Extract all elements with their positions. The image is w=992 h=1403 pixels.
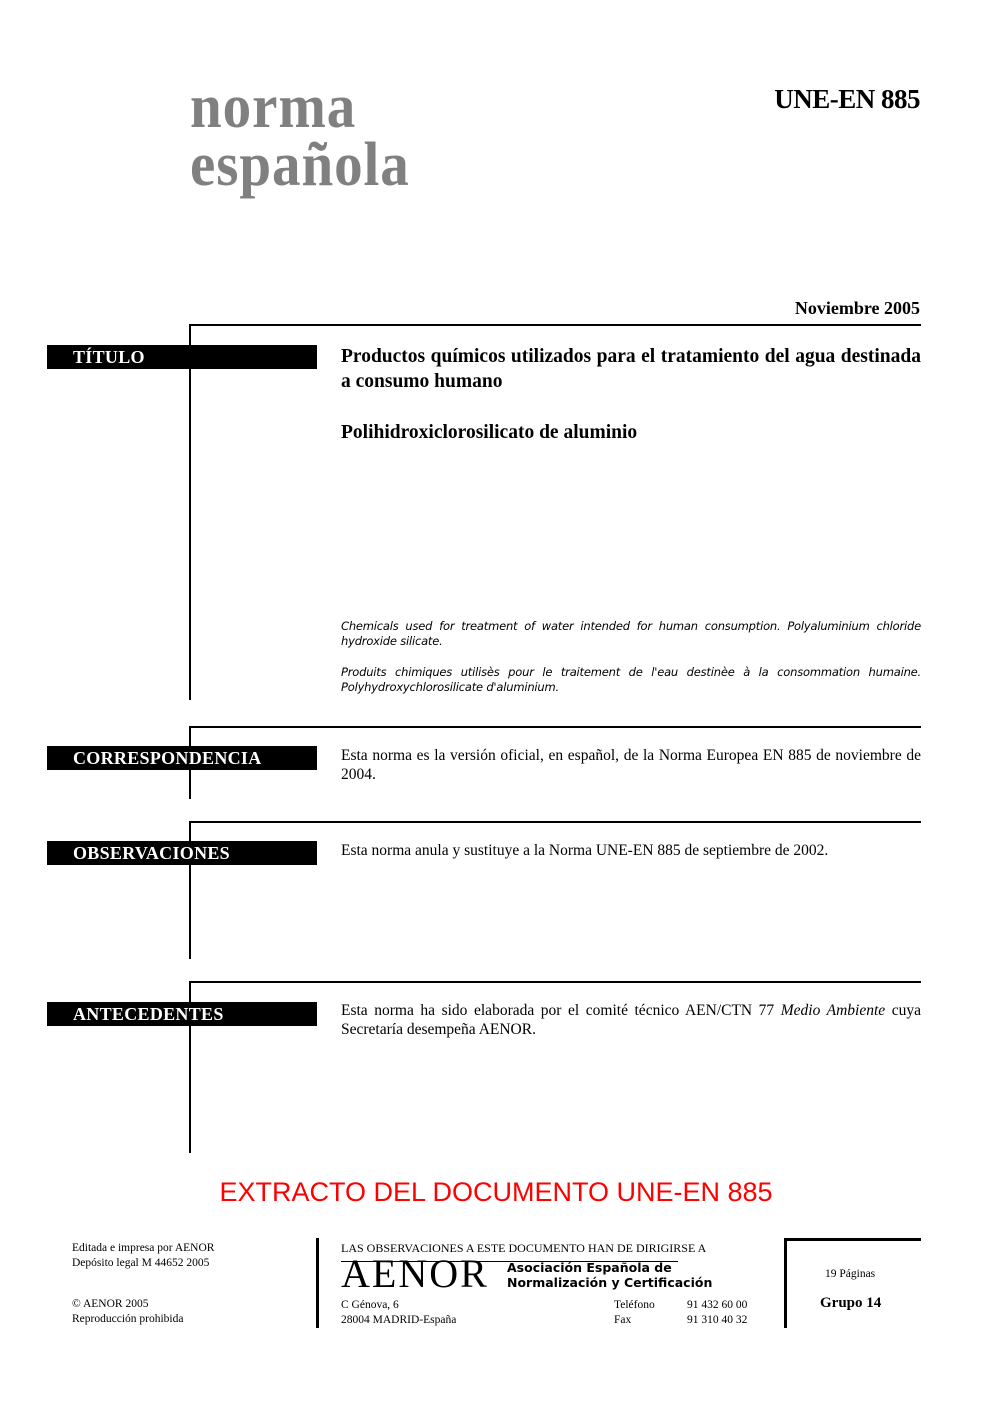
observaciones-text: Esta norma anula y sustituye a la Norma … xyxy=(341,841,921,860)
extract-notice: EXTRACTO DEL DOCUMENTO UNE-EN 885 xyxy=(0,1177,992,1208)
section-rule-titulo xyxy=(189,324,191,700)
label-correspondencia: CORRESPONDENCIA xyxy=(47,746,317,770)
title-french: Produits chimiques utilisès pour le trai… xyxy=(341,665,921,695)
document-subtitle: Polihidroxiclorosilicato de aluminio xyxy=(341,420,637,445)
label-antecedentes-text: ANTECEDENTES xyxy=(73,1004,224,1024)
aenor-full-name: Asociación Española de Normalización y C… xyxy=(507,1260,712,1290)
brand-line-1: norma xyxy=(190,78,410,136)
pages-box-top-rule xyxy=(785,1238,921,1241)
section-divider-titulo xyxy=(190,324,921,326)
antecedentes-text-a: Esta norma ha sido elaborada por el comi… xyxy=(341,1002,781,1019)
footer-address: C Génova, 6 28004 MADRID-España xyxy=(341,1298,456,1328)
label-titulo-text: TÍTULO xyxy=(73,347,145,367)
phone-number: 91 432 60 00 xyxy=(687,1298,747,1313)
label-observaciones: OBSERVACIONES xyxy=(47,841,317,865)
org-line-2: Normalización y Certificación xyxy=(507,1275,712,1290)
footer-divider-left xyxy=(316,1238,319,1328)
label-titulo: TÍTULO xyxy=(47,345,317,369)
section-divider-antecedentes xyxy=(190,981,921,983)
street-address: C Génova, 6 xyxy=(341,1298,456,1313)
title-english: Chemicals used for treatment of water in… xyxy=(341,619,921,649)
correspondencia-text: Esta norma es la versión oficial, en esp… xyxy=(341,746,921,784)
document-title: Productos químicos utilizados para el tr… xyxy=(341,344,921,394)
reproduction-notice: Reproducción prohibida xyxy=(72,1312,183,1327)
brand-title: norma española xyxy=(190,78,410,194)
footer-contact-labels: Teléfono Fax xyxy=(614,1298,655,1328)
footer-copyright: © AENOR 2005 Reproducción prohibida xyxy=(72,1297,183,1327)
label-observaciones-text: OBSERVACIONES xyxy=(73,843,230,863)
committee-name: Medio Ambiente xyxy=(781,1002,885,1019)
footer-contact-values: 91 432 60 00 91 310 40 32 xyxy=(687,1298,747,1328)
aenor-logo: AENOR xyxy=(341,1255,489,1293)
page-count: 19 Páginas xyxy=(825,1267,875,1282)
phone-label: Teléfono xyxy=(614,1298,655,1313)
fax-label: Fax xyxy=(614,1313,655,1328)
footer-publisher: Editada e impresa por AENOR Depósito leg… xyxy=(72,1241,214,1271)
org-line-1: Asociación Española de xyxy=(507,1260,712,1275)
antecedentes-text: Esta norma ha sido elaborada por el comi… xyxy=(341,1001,921,1039)
section-divider-observaciones xyxy=(190,821,921,823)
copyright: © AENOR 2005 xyxy=(72,1297,183,1312)
brand-line-2: española xyxy=(190,136,410,194)
section-divider-correspondencia xyxy=(190,726,921,728)
label-antecedentes: ANTECEDENTES xyxy=(47,1002,317,1026)
price-group: Grupo 14 xyxy=(820,1295,881,1312)
publication-date: Noviembre 2005 xyxy=(795,298,920,319)
legal-deposit: Depósito legal M 44652 2005 xyxy=(72,1256,214,1271)
city-address: 28004 MADRID-España xyxy=(341,1313,456,1328)
label-correspondencia-text: CORRESPONDENCIA xyxy=(73,748,262,768)
fax-number: 91 310 40 32 xyxy=(687,1313,747,1328)
pages-box-left-rule xyxy=(784,1238,787,1328)
edited-by: Editada e impresa por AENOR xyxy=(72,1241,214,1256)
standard-code: UNE-EN 885 xyxy=(774,84,920,115)
